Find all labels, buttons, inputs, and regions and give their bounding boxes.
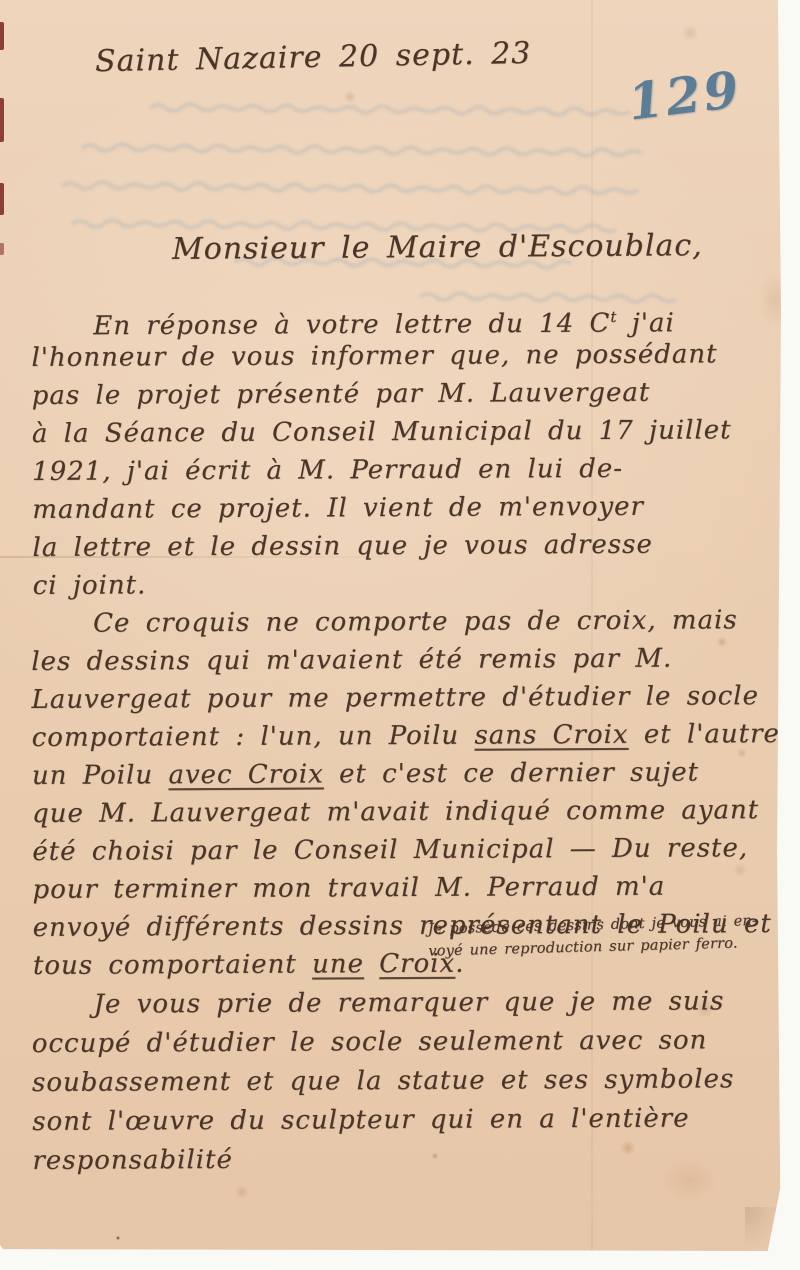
handwritten-line: mandant ce projet. Il vient de m'envoyer <box>32 487 777 529</box>
paragraph-3: Je vous prie de remarquer que je me suis… <box>31 982 777 1181</box>
torn-edge-mark <box>0 98 4 142</box>
marginal-note: Je possède ces dessins dont je vous ai e… <box>427 909 780 962</box>
handwritten-line: les dessins qui m'avaient été remis par … <box>31 639 776 681</box>
handwritten-line: En réponse à votre lettre du 14 Ct j'ai <box>31 297 776 339</box>
handwritten-line: 1921, j'ai écrit à M. Perraud en lui de- <box>32 449 777 491</box>
handwritten-line: pour terminer mon travail M. Perraud m'a <box>32 867 777 909</box>
torn-edge-mark <box>0 22 4 50</box>
salutation: Monsieur le Maire d'Escoublac, <box>172 228 703 267</box>
handwritten-line: à la Séance du Conseil Municipal du 17 j… <box>32 411 777 453</box>
handwritten-line: Lauvergeat pour me permettre d'étudier l… <box>31 677 776 719</box>
handwritten-line: la lettre et le dessin que je vous adres… <box>32 525 777 567</box>
handwritten-line: soubassement et que la statue et ses sym… <box>32 1060 777 1103</box>
page-corner-curl <box>745 1207 779 1247</box>
handwritten-line: Je vous prie de remarquer que je me suis <box>31 982 776 1025</box>
handwritten-line: un Poilu avec Croix et c'est ce dernier … <box>32 753 777 795</box>
handwritten-line: que M. Lauvergeat m'avait indiqué comme … <box>32 791 777 833</box>
torn-edge-mark <box>0 183 4 215</box>
handwritten-line: l'honneur de vous informer que, ne possé… <box>31 335 776 377</box>
handwritten-line: Ce croquis ne comporte pas de croix, mai… <box>31 601 776 643</box>
handwritten-line: comportaient : l'un, un Poilu sans Croix… <box>32 715 777 757</box>
letter-page: Saint Nazaire 20 sept. 23 129 Monsieur l… <box>0 0 781 1251</box>
handwritten-line: responsabilité <box>32 1138 777 1181</box>
handwritten-line: été choisi par le Conseil Municipal — Du… <box>32 829 777 871</box>
handwritten-line: pas le projet présenté par M. Lauvergeat <box>32 373 777 415</box>
handwritten-line: ci joint. <box>33 563 778 605</box>
handwritten-line: occupé d'étudier le socle seulement avec… <box>32 1021 777 1064</box>
handwritten-line: sont l'œuvre du sculpteur qui en a l'ent… <box>32 1099 777 1142</box>
torn-edge-mark <box>0 243 4 255</box>
paragraph-1: En réponse à votre lettre du 14 Ct j'ail… <box>31 297 778 605</box>
